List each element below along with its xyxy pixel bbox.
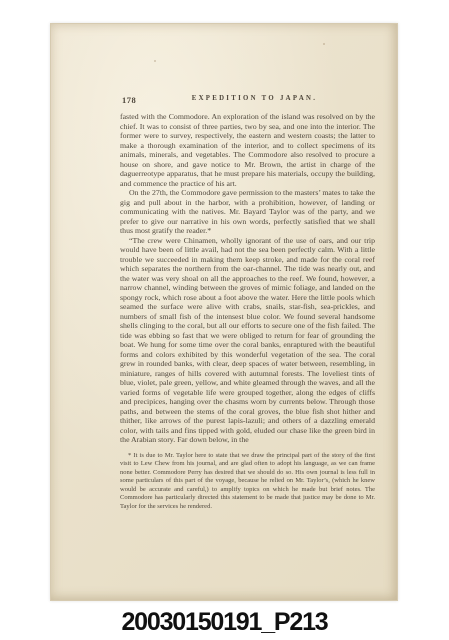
catalog-number-caption: 20030150191_P213 [0,608,449,637]
footnote: * It is due to Mr. Taylor here to state … [120,452,375,512]
body-paragraph: On the 27th, the Commodore gave permissi… [120,188,375,236]
page-header: 178 EXPEDITION TO JAPAN. [120,95,375,106]
screenshot-canvas: 178 EXPEDITION TO JAPAN. fasted with the… [0,0,449,640]
body-paragraph: fasted with the Commodore. An exploratio… [120,112,375,188]
page-number: 178 [122,95,136,105]
body-paragraph: “The crew were Chinamen, wholly ignorant… [120,236,375,445]
book-page-photo: 178 EXPEDITION TO JAPAN. fasted with the… [50,23,398,601]
running-title: EXPEDITION TO JAPAN. [120,95,375,102]
body-text: fasted with the Commodore. An exploratio… [120,112,375,445]
printed-text-column: 178 EXPEDITION TO JAPAN. fasted with the… [120,95,375,512]
